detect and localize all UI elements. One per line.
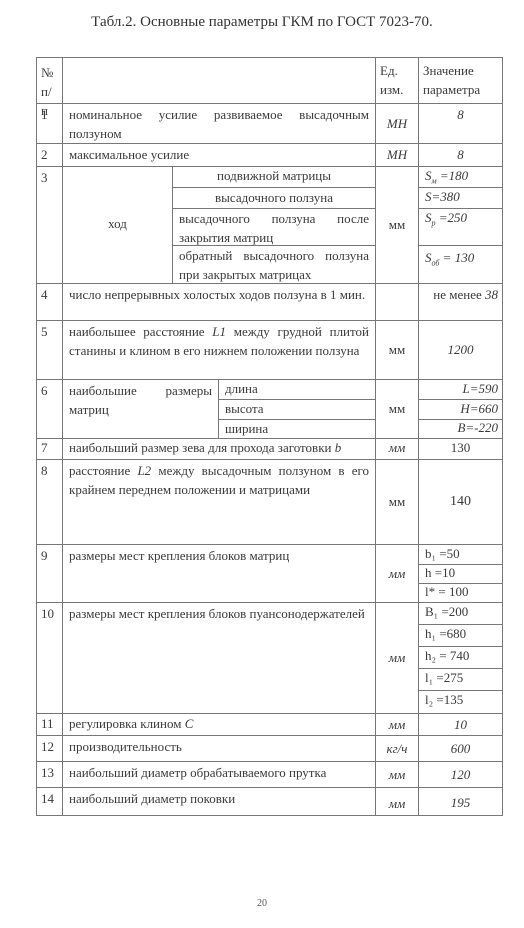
sub-value: b₁ =50	[419, 544, 504, 564]
divider	[419, 245, 502, 246]
row-desc: номинальное усилие развиваемое высадочны…	[62, 103, 375, 143]
row-desc: наибольший диаметр обрабатываемого прутк…	[62, 761, 375, 787]
sub-label: подвижной матрицы	[173, 166, 375, 187]
sub-label: обратный высадочного ползуна при закрыты…	[173, 246, 375, 283]
row-num: 9	[36, 544, 62, 602]
desc-variable: b	[335, 440, 342, 455]
sub-labels: длина высота ширина	[218, 379, 375, 438]
row-unit: мм	[375, 320, 418, 379]
desc-variable: C	[185, 716, 194, 731]
sub-label: высадочного ползуна после закрытия матри…	[173, 209, 375, 247]
desc-variable: L2	[137, 463, 151, 478]
table-row: 4 число непрерывных холостых ходов ползу…	[36, 283, 503, 321]
sub-label: длина	[219, 379, 264, 398]
row-unit: мм	[375, 761, 418, 787]
table-row: 7 наибольший размер зева для прохода заг…	[36, 438, 503, 460]
row-values: b₁ =50 h =10 l* = 100	[418, 544, 503, 602]
sub-label: высота	[219, 399, 270, 418]
table-row: 10 размеры мест крепления блоков пуансон…	[36, 602, 503, 714]
header-value: Значение параметра	[418, 57, 503, 103]
header-num: № п/п	[36, 57, 62, 103]
value-prefix: не менее	[433, 287, 485, 302]
row-value: 8	[418, 103, 503, 143]
row-desc: расстояние L2 между высадочным ползуном …	[62, 459, 375, 544]
sub-value: B=-220	[419, 418, 504, 438]
table-row: 12 производительность кг/ч 600	[36, 735, 503, 762]
row-num: 1	[36, 103, 62, 143]
sub-value: l₂ =135	[419, 690, 504, 710]
sub-value: H=660	[419, 399, 504, 419]
row-num: 13	[36, 761, 62, 787]
row-num: 4	[36, 283, 62, 320]
header-unit: Ед. изм.	[375, 57, 418, 103]
table-row: 2 максимальное усилие МН 8	[36, 143, 503, 167]
table-row: 9 размеры мест крепления блоков матриц м…	[36, 544, 503, 603]
row-unit: мм	[375, 166, 418, 283]
row-desc: размеры мест крепления блоков матриц	[62, 544, 375, 602]
row-num: 6	[36, 379, 62, 438]
sub-value: h₂ = 740	[419, 646, 504, 666]
sub-value: l* = 100	[419, 582, 504, 602]
desc-text: регулировка клином	[69, 716, 185, 731]
row-unit	[375, 283, 418, 320]
row-desc: число непрерывных холостых ходов ползуна…	[62, 283, 375, 320]
row-unit: мм	[375, 438, 418, 459]
value-number: 38	[485, 287, 498, 302]
row-desc: наибольшее расстояние L1 между грудной п…	[62, 320, 375, 379]
sub-labels: подвижной матрицы высадочного ползуна вы…	[172, 166, 375, 283]
row-num: 14	[36, 787, 62, 815]
row-num: 2	[36, 143, 62, 166]
row-num: 11	[36, 713, 62, 735]
row-num: 10	[36, 602, 62, 713]
row-num: 7	[36, 438, 62, 459]
row-values: Sм =180 S=380 Sр =250 Sоб = 130	[418, 166, 503, 283]
row-value: 1200	[418, 320, 503, 379]
desc-text: наибольшее расстояние	[69, 324, 212, 339]
sub-value: S=380	[419, 187, 504, 207]
desc-text: расстояние	[69, 463, 137, 478]
row-value: 120	[418, 761, 503, 787]
row-unit: мм	[375, 544, 418, 602]
row-value: 10	[418, 713, 503, 735]
table-row: 11 регулировка клином C мм 10	[36, 713, 503, 736]
row-desc: регулировка клином C	[62, 713, 375, 735]
table-caption: Табл.2. Основные параметры ГКМ по ГОСТ 7…	[0, 14, 524, 31]
row-value: 140	[418, 459, 503, 544]
row-desc: ход	[62, 166, 172, 283]
row-desc-text: ход	[63, 214, 172, 233]
row-value: 195	[418, 787, 503, 815]
sub-value: l₁ =275	[419, 668, 504, 688]
row-desc: производительность	[62, 735, 375, 761]
row-num: 8	[36, 459, 62, 544]
sub-value: h₁ =680	[419, 624, 504, 644]
sub-value: h =10	[419, 563, 504, 583]
row-desc: наибольшие размеры матриц	[62, 379, 218, 438]
row-unit: мм	[375, 459, 418, 544]
row-desc: наибольший размер зева для прохода загот…	[62, 438, 375, 459]
row-num: 3	[36, 166, 62, 283]
row-value: 8	[418, 143, 503, 166]
table-row: 8 расстояние L2 между высадочным ползуно…	[36, 459, 503, 545]
row-unit: мм	[375, 602, 418, 713]
desc-text: наибольший размер зева для прохода загот…	[69, 440, 335, 455]
table-row: 6 наибольшие размеры матриц длина высота…	[36, 379, 503, 439]
row-unit: МН	[375, 143, 418, 166]
row-value: 130	[418, 438, 503, 459]
row-value: 600	[418, 735, 503, 761]
row-values: L=590 H=660 B=-220	[418, 379, 503, 438]
page-number: 20	[0, 898, 524, 909]
sub-label: ширина	[219, 419, 274, 438]
sub-value: L=590	[419, 379, 504, 399]
sub-value: Sоб = 130	[419, 248, 504, 274]
table-row: 14 наибольший диаметр поковки мм 195	[36, 787, 503, 816]
row-desc: наибольший диаметр поковки	[62, 787, 375, 815]
row-unit: мм	[375, 787, 418, 815]
row-unit: МН	[375, 103, 418, 143]
row-values: B₁ =200 h₁ =680 h₂ = 740 l₁ =275 l₂ =135	[418, 602, 503, 713]
row-value: не менее 38	[418, 283, 503, 320]
sub-value: Sр =250	[419, 208, 504, 234]
table-row: 1 номинальное усилие развиваемое высадоч…	[36, 103, 503, 144]
table-row: 5 наибольшее расстояние L1 между грудной…	[36, 320, 503, 380]
table-header-row: № п/п Ед. изм. Значение параметра	[36, 57, 503, 104]
table-row: 3 ход подвижной матрицы высадочного полз…	[36, 166, 503, 284]
row-desc: размеры мест крепления блоков пуансоноде…	[62, 602, 375, 713]
sub-label: высадочного ползуна	[173, 188, 375, 208]
header-desc	[62, 57, 375, 103]
row-num: 12	[36, 735, 62, 761]
desc-variable: L1	[212, 324, 226, 339]
row-unit: мм	[375, 379, 418, 438]
row-unit: кг/ч	[375, 735, 418, 761]
sub-value: B₁ =200	[419, 602, 504, 622]
table-row: 13 наибольший диаметр обрабатываемого пр…	[36, 761, 503, 788]
row-num: 5	[36, 320, 62, 379]
row-unit: мм	[375, 713, 418, 735]
row-desc: максимальное усилие	[62, 143, 375, 166]
